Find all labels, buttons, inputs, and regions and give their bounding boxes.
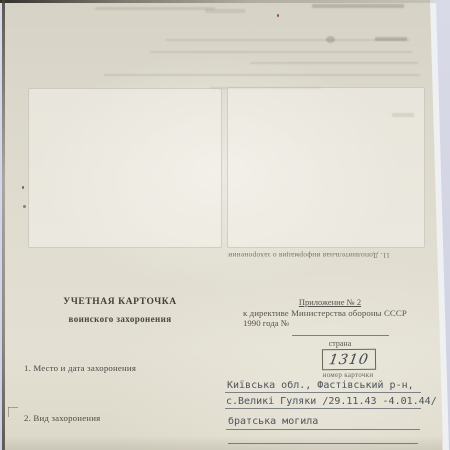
reverse-side-caption: 11. Дополнительная информация о захороне…	[228, 251, 390, 260]
bleedthrough-mark	[375, 37, 407, 41]
entry-underline-1	[225, 392, 421, 393]
bleedthrough-line	[150, 51, 412, 53]
bleedthrough-line	[95, 7, 215, 10]
red-speck	[277, 14, 279, 17]
card-number-box: 1310	[322, 349, 376, 371]
bleedthrough-line	[312, 4, 404, 8]
photo-frame-right	[227, 87, 425, 248]
document-subtitle: воинского захоронения	[40, 314, 200, 324]
bleedthrough-line	[205, 9, 245, 13]
document-title: УЧЕТНАЯ КАРТОЧКА	[40, 297, 200, 307]
field-1-label: 1. Место и дата захоронения	[24, 363, 136, 373]
corner-mark	[8, 407, 18, 408]
entry-underline-3	[226, 429, 420, 430]
photo-frame-left	[28, 88, 222, 248]
card-number-label: номер карточки	[298, 371, 398, 379]
bleedthrough-line	[165, 39, 410, 41]
paper-top-edge-shadow	[0, 0, 436, 3]
bleedthrough-line	[250, 62, 418, 64]
paper-speck	[23, 205, 26, 208]
appendix-line-1: Приложение № 2	[245, 297, 415, 307]
card-number-value: 1310	[328, 351, 370, 367]
typed-line-village-dates: с.Великі Гуляки /29.11.43 -4.01.44/	[226, 396, 437, 407]
scanned-document: 11. Дополнительная информация о захороне…	[0, 0, 450, 450]
paper-speck	[22, 186, 24, 189]
paper-left-edge-shadow	[2, 0, 5, 450]
appendix-line-3: 1990 года №	[243, 318, 363, 328]
typed-line-burial-type: братська могила	[228, 416, 318, 427]
country-label: страна	[298, 339, 382, 348]
appendix-line-2: к директиве Министерства обороны СССР	[243, 308, 419, 318]
typed-line-location: Київська обл., Фастівський р-н,	[227, 380, 414, 391]
field-2-label: 2. Вид захоронения	[24, 413, 100, 423]
bleedthrough-line	[104, 74, 420, 76]
corner-mark	[8, 407, 9, 417]
country-line	[292, 335, 389, 336]
entry-underline-2	[225, 408, 421, 409]
entry-underline-blank	[228, 443, 418, 444]
bleedthrough-mark	[326, 36, 335, 43]
